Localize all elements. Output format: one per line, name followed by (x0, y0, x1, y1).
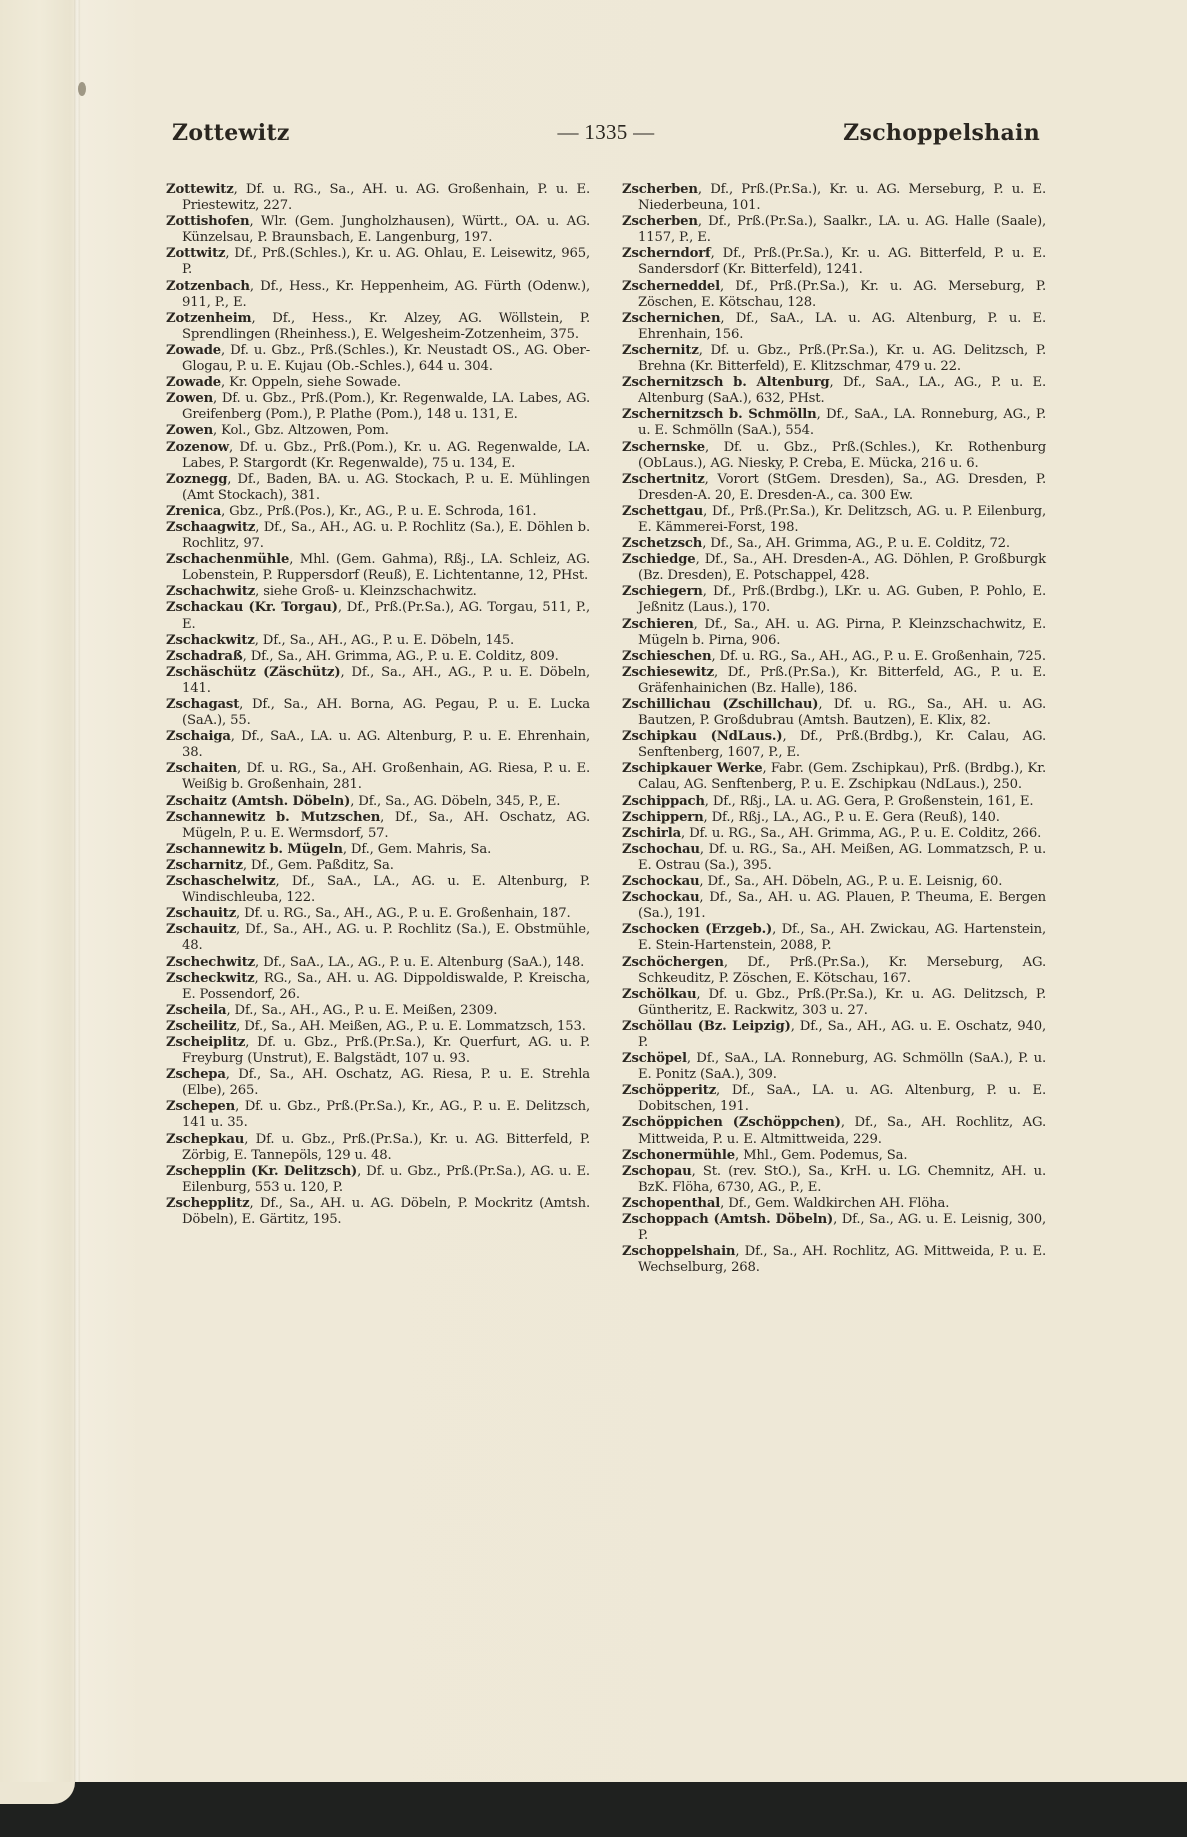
entry-description: , St. (rev. StO.), Sa., KrH. u. LG. Chem… (638, 1164, 1046, 1195)
gazetteer-entry: Zschopau, St. (rev. StO.), Sa., KrH. u. … (622, 1164, 1046, 1196)
entry-description: , Df. u. RG., Sa., AH. Meißen, AG. Lomma… (638, 842, 1046, 873)
entry-headword: Zschiedge (622, 552, 696, 567)
entry-description: , Df., Rßj., LA., AG., P. u. E. Gera (Re… (704, 810, 1000, 825)
gazetteer-entry: Zschagast, Df., Sa., AH. Borna, AG. Pega… (166, 697, 590, 729)
gazetteer-entry: Zscheilitz, Df., Sa., AH. Meißen, AG., P… (166, 1019, 590, 1035)
gazetteer-entry: Zowade, Kr. Oppeln, siehe Sowade. (166, 375, 590, 391)
entry-description: , Df., Prß.(Schles.), Kr. u. AG. Ohlau, … (182, 246, 590, 277)
entry-headword: Zschöllau (Bz. Leipzig) (622, 1019, 791, 1034)
scan-background (0, 1782, 1187, 1837)
entry-headword: Zschernske (622, 440, 705, 455)
gazetteer-entry: Zscharnitz, Df., Gem. Paßditz, Sa. (166, 858, 590, 874)
entry-headword: Zowen (166, 423, 213, 438)
entry-description: , Df. u. Gbz., Prß.(Pr.Sa.), Kr., AG., P… (182, 1099, 590, 1130)
entry-description: , Gbz., Prß.(Pos.), Kr., AG., P. u. E. S… (221, 504, 536, 519)
gazetteer-entry: Zscherndorf, Df., Prß.(Pr.Sa.), Kr. u. A… (622, 246, 1046, 278)
gazetteer-entry: Zowen, Df. u. Gbz., Prß.(Pom.), Kr. Rege… (166, 391, 590, 423)
page-header: Zottewitz — 1335 — Zschoppelshain (172, 120, 1040, 156)
gazetteer-entry: Zschepkau, Df. u. Gbz., Prß.(Pr.Sa.), Kr… (166, 1132, 590, 1164)
entry-description: , Df., Sa., AH., AG., P. u. E. Meißen, 2… (226, 1003, 497, 1018)
entry-headword: Zschepkau (166, 1132, 244, 1147)
entry-headword: Zschaiga (166, 729, 231, 744)
gazetteer-entry: Zschoppelshain, Df., Sa., AH. Rochlitz, … (622, 1244, 1046, 1276)
gazetteer-entry: Zschackau (Kr. Torgau), Df., Prß.(Pr.Sa.… (166, 600, 590, 632)
gazetteer-entry: Zschöppichen (Zschöppchen), Df., Sa., AH… (622, 1115, 1046, 1147)
entry-headword: Zottwitz (166, 246, 225, 261)
gazetteer-entry: Zschieschen, Df. u. RG., Sa., AH., AG., … (622, 649, 1046, 665)
gazetteer-entry: Zschaitz (Amtsh. Döbeln), Df., Sa., AG. … (166, 794, 590, 810)
entry-headword: Zschoppelshain (622, 1244, 735, 1259)
entry-headword: Zscherben (622, 182, 698, 197)
gazetteer-entry: Zottishofen, Wlr. (Gem. Jungholzhausen),… (166, 214, 590, 246)
gazetteer-entry: Zotzenbach, Df., Hess., Kr. Heppenheim, … (166, 279, 590, 311)
entry-description: , Df. u. Gbz., Prß.(Pr.Sa.), Kr. u. AG. … (638, 987, 1046, 1018)
entry-headword: Zschauitz (166, 906, 236, 921)
entry-headword: Zschaiten (166, 761, 237, 776)
entry-headword: Zschopenthal (622, 1196, 720, 1211)
gazetteer-entry: Zschernichen, Df., SaA., LA. u. AG. Alte… (622, 311, 1046, 343)
gazetteer-entry: Zschernitzsch b. Altenburg, Df., SaA., L… (622, 375, 1046, 407)
gazetteer-entry: Zowade, Df. u. Gbz., Prß.(Schles.), Kr. … (166, 343, 590, 375)
entry-description: , Df., SaA., LA. Ronneburg, AG. Schmölln… (638, 1051, 1046, 1082)
entry-headword: Zschechwitz (166, 955, 255, 970)
entry-description: , Df., Gem. Paßditz, Sa. (243, 858, 394, 873)
entry-headword: Zschaschelwitz (166, 874, 276, 889)
entry-headword: Zschöchergen (622, 955, 724, 970)
gazetteer-entry: Zscherben, Df., Prß.(Pr.Sa.), Kr. u. AG.… (622, 182, 1046, 214)
gazetteer-entry: Zschillichau (Zschillchau), Df. u. RG., … (622, 697, 1046, 729)
gazetteer-entry: Zschertnitz, Vorort (StGem. Dresden), Sa… (622, 472, 1046, 504)
gazetteer-entry: Zschipkau (NdLaus.), Df., Prß.(Brdbg.), … (622, 729, 1046, 761)
entry-headword: Zschachenmühle (166, 552, 289, 567)
entry-headword: Zschippach (622, 794, 705, 809)
entry-headword: Zrenica (166, 504, 221, 519)
entry-headword: Zschetzsch (622, 536, 702, 551)
right-running-head: Zschoppelshain (843, 120, 1040, 146)
entry-headword: Zschauitz (166, 922, 236, 937)
entry-headword: Zschaagwitz (166, 520, 255, 535)
gazetteer-entry: Zschöchergen, Df., Prß.(Pr.Sa.), Kr. Mer… (622, 955, 1046, 987)
entry-description: , Df., SaA., LA., AG., P. u. E. Altenbur… (255, 955, 584, 970)
entry-headword: Zoznegg (166, 472, 227, 487)
gazetteer-entry: Zschaiten, Df. u. RG., Sa., AH. Großenha… (166, 761, 590, 793)
entry-headword: Zowade (166, 375, 221, 390)
entry-headword: Zschöpperitz (622, 1083, 716, 1098)
gazetteer-entry: Zschepen, Df. u. Gbz., Prß.(Pr.Sa.), Kr.… (166, 1099, 590, 1131)
entry-description: , Df., Prß.(Pr.Sa.), Saalkr., LA. u. AG.… (638, 214, 1046, 245)
entry-headword: Zschepa (166, 1067, 226, 1082)
gazetteer-entry: Zschaschelwitz, Df., SaA., LA., AG. u. E… (166, 874, 590, 906)
entry-headword: Zschoppach (Amtsh. Döbeln) (622, 1212, 833, 1227)
entry-headword: Zotzenbach (166, 279, 250, 294)
entry-headword: Zschieren (622, 617, 694, 632)
gazetteer-entry: Zscherben, Df., Prß.(Pr.Sa.), Saalkr., L… (622, 214, 1046, 246)
gazetteer-entry: Zrenica, Gbz., Prß.(Pos.), Kr., AG., P. … (166, 504, 590, 520)
entry-description: , Df. u. RG., Sa., AH., AG., P. u. E. Gr… (236, 906, 571, 921)
entry-headword: Zschaitz (Amtsh. Döbeln) (166, 794, 350, 809)
entry-headword: Zscharnitz (166, 858, 243, 873)
entry-description: , Df., Sa., AH. Grimma, AG., P. u. E. Co… (702, 536, 1010, 551)
gazetteer-entry: Zschocken (Erzgeb.), Df., Sa., AH. Zwick… (622, 922, 1046, 954)
entry-description: , Df., SaA., LA. u. AG. Altenburg, P. u.… (182, 729, 590, 760)
entry-description: , Df. u. Gbz., Prß.(Pom.), Kr. Regenwald… (182, 391, 590, 422)
entry-description: , Kol., Gbz. Altzowen, Pom. (213, 423, 389, 438)
ink-blot (78, 82, 86, 96)
entry-headword: Zschachwitz (166, 584, 255, 599)
gazetteer-entry: Zschöllau (Bz. Leipzig), Df., Sa., AH., … (622, 1019, 1046, 1051)
entry-headword: Zschepplin (Kr. Delitzsch) (166, 1164, 357, 1179)
entry-headword: Zschocken (Erzgeb.) (622, 922, 772, 937)
left-column: Zottewitz, Df. u. RG., Sa., AH. u. AG. G… (166, 182, 590, 1228)
entry-description: , Df., Prß.(Pr.Sa.), Kr. u. AG. Mersebur… (638, 182, 1046, 213)
entry-description: , Df., Sa., AH., AG., P. u. E. Döbeln, 1… (255, 633, 514, 648)
entry-headword: Zschernitzsch b. Altenburg (622, 375, 829, 390)
gazetteer-entry: Zschipkauer Werke, Fabr. (Gem. Zschipkau… (622, 761, 1046, 793)
entry-headword: Zschirla (622, 826, 681, 841)
right-column: Zscherben, Df., Prß.(Pr.Sa.), Kr. u. AG.… (622, 182, 1046, 1276)
entry-headword: Zschockau (622, 874, 699, 889)
gazetteer-entry: Zschaiga, Df., SaA., LA. u. AG. Altenbur… (166, 729, 590, 761)
entry-description: , Df., Sa., AH. u. AG. Plauen, P. Theuma… (638, 890, 1046, 921)
page-fold (74, 0, 80, 1782)
entry-headword: Zschippern (622, 810, 704, 825)
gazetteer-entry: Zschippern, Df., Rßj., LA., AG., P. u. E… (622, 810, 1046, 826)
entry-headword: Zschöpel (622, 1051, 687, 1066)
entry-headword: Zscheiplitz (166, 1035, 245, 1050)
gazetteer-entry: Zscheila, Df., Sa., AH., AG., P. u. E. M… (166, 1003, 590, 1019)
entry-description: , Mhl., Gem. Podemus, Sa. (735, 1148, 907, 1163)
gazetteer-entry: Zschackwitz, Df., Sa., AH., AG., P. u. E… (166, 633, 590, 649)
gazetteer-entry: Zottewitz, Df. u. RG., Sa., AH. u. AG. G… (166, 182, 590, 214)
gazetteer-entry: Zschieren, Df., Sa., AH. u. AG. Pirna, P… (622, 617, 1046, 649)
gazetteer-entry: Zottwitz, Df., Prß.(Schles.), Kr. u. AG.… (166, 246, 590, 278)
entry-description: , Df., Gem. Mahris, Sa. (343, 842, 491, 857)
entry-headword: Zottishofen (166, 214, 249, 229)
gazetteer-entry: Zschernitz, Df. u. Gbz., Prß.(Pr.Sa.), K… (622, 343, 1046, 375)
gazetteer-entry: Zschannewitz b. Mügeln, Df., Gem. Mahris… (166, 842, 590, 858)
gazetteer-entry: Zschauitz, Df., Sa., AH., AG. u. P. Roch… (166, 922, 590, 954)
entry-headword: Zschackau (Kr. Torgau) (166, 600, 338, 615)
entry-headword: Zscherneddel (622, 279, 720, 294)
gazetteer-entry: Zschepa, Df., Sa., AH. Oschatz, AG. Ries… (166, 1067, 590, 1099)
gazetteer-entry: Zschoppach (Amtsh. Döbeln), Df., Sa., AG… (622, 1212, 1046, 1244)
entry-headword: Zscherndorf (622, 246, 711, 261)
entry-headword: Zschernichen (622, 311, 720, 326)
gazetteer-entry: Zscherneddel, Df., Prß.(Pr.Sa.), Kr. u. … (622, 279, 1046, 311)
entry-description: , Df. u. Gbz., Prß.(Pr.Sa.), Kr. u. AG. … (182, 1132, 590, 1163)
entry-headword: Zschertnitz (622, 472, 705, 487)
entry-headword: Zscheckwitz (166, 971, 255, 986)
gazetteer-entry: Zschiegern, Df., Prß.(Brdbg.), LKr. u. A… (622, 584, 1046, 616)
entry-headword: Zowen (166, 391, 213, 406)
gazetteer-entry: Zschochau, Df. u. RG., Sa., AH. Meißen, … (622, 842, 1046, 874)
entry-headword: Zschernitz (622, 343, 699, 358)
entry-description: , Df., Baden, BA. u. AG. Stockach, P. u.… (182, 472, 590, 503)
gazetteer-entry: Zschiesewitz, Df., Prß.(Pr.Sa.), Kr. Bit… (622, 665, 1046, 697)
book-page: Zottewitz — 1335 — Zschoppelshain Zottew… (0, 0, 1187, 1782)
entry-description: , Df., Sa., AH. Meißen, AG., P. u. E. Lo… (236, 1019, 586, 1034)
entry-description: , siehe Groß- u. Kleinzschachwitz. (255, 584, 477, 599)
gazetteer-entry: Zschernitzsch b. Schmölln, Df., SaA., LA… (622, 407, 1046, 439)
gazetteer-entry: Zschöpel, Df., SaA., LA. Ronneburg, AG. … (622, 1051, 1046, 1083)
entry-headword: Zozenow (166, 440, 229, 455)
gazetteer-entry: Zschettgau, Df., Prß.(Pr.Sa.), Kr. Delit… (622, 504, 1046, 536)
entry-headword: Zschiesewitz (622, 665, 714, 680)
gazetteer-entry: Zschepplitz, Df., Sa., AH. u. AG. Döbeln… (166, 1196, 590, 1228)
entry-headword: Zschillichau (Zschillchau) (622, 697, 818, 712)
gazetteer-entry: Zschadraß, Df., Sa., AH. Grimma, AG., P.… (166, 649, 590, 665)
entry-headword: Zschieschen (622, 649, 711, 664)
entry-description: , Df. u. Gbz., Prß.(Schles.), Kr. Neusta… (182, 343, 590, 374)
entry-description: , Df. u. RG., Sa., AH. Großenhain, AG. R… (182, 761, 590, 792)
gazetteer-entry: Zschetzsch, Df., Sa., AH. Grimma, AG., P… (622, 536, 1046, 552)
entry-description: , Df., Sa., AH. Oschatz, AG. Riesa, P. u… (182, 1067, 590, 1098)
gazetteer-entry: Zschopenthal, Df., Gem. Waldkirchen AH. … (622, 1196, 1046, 1212)
entry-headword: Zschipkau (NdLaus.) (622, 729, 782, 744)
entry-headword: Zschöppichen (Zschöppchen) (622, 1115, 841, 1130)
gazetteer-entry: Zoznegg, Df., Baden, BA. u. AG. Stockach… (166, 472, 590, 504)
entry-description: , Kr. Oppeln, siehe Sowade. (221, 375, 401, 390)
entry-headword: Zschäschütz (Zäschütz) (166, 665, 340, 680)
gazetteer-entry: Zschockau, Df., Sa., AH. Döbeln, AG., P.… (622, 874, 1046, 890)
entry-description: , Df., Gem. Waldkirchen AH. Flöha. (720, 1196, 949, 1211)
entry-headword: Zschadraß (166, 649, 243, 664)
gazetteer-entry: Zschannewitz b. Mutzschen, Df., Sa., AH.… (166, 810, 590, 842)
entry-headword: Zschipkauer Werke (622, 761, 762, 776)
gazetteer-entry: Zschechwitz, Df., SaA., LA., AG., P. u. … (166, 955, 590, 971)
entry-headword: Zschiegern (622, 584, 703, 599)
entry-headword: Zowade (166, 343, 221, 358)
gazetteer-entry: Zscheiplitz, Df. u. Gbz., Prß.(Pr.Sa.), … (166, 1035, 590, 1067)
entry-headword: Zschannewitz b. Mügeln (166, 842, 343, 857)
gazetteer-entry: Zozenow, Df. u. Gbz., Prß.(Pom.), Kr. u.… (166, 440, 590, 472)
gazetteer-entry: Zschauitz, Df. u. RG., Sa., AH., AG., P.… (166, 906, 590, 922)
entry-description: , Df. u. Gbz., Prß.(Pr.Sa.), Kr. u. AG. … (638, 343, 1046, 374)
entry-description: , Df., Sa., AH. Grimma, AG., P. u. E. Co… (243, 649, 559, 664)
entry-headword: Zscheila (166, 1003, 226, 1018)
entry-headword: Zscheilitz (166, 1019, 236, 1034)
gazetteer-entry: Zschepplin (Kr. Delitzsch), Df. u. Gbz.,… (166, 1164, 590, 1196)
gazetteer-entry: Zschachwitz, siehe Groß- u. Kleinzschach… (166, 584, 590, 600)
gazetteer-entry: Zschachenmühle, Mhl. (Gem. Gahma), Rßj.,… (166, 552, 590, 584)
gazetteer-entry: Zschirla, Df. u. RG., Sa., AH. Grimma, A… (622, 826, 1046, 842)
entry-headword: Zschochau (622, 842, 700, 857)
entry-description: , Df. u. RG., Sa., AH. u. AG. Großenhain… (182, 182, 590, 213)
entry-headword: Zschopau (622, 1164, 692, 1179)
gazetteer-entry: Zschiedge, Df., Sa., AH. Dresden-A., AG.… (622, 552, 1046, 584)
gazetteer-entry: Zowen, Kol., Gbz. Altzowen, Pom. (166, 423, 590, 439)
entry-headword: Zschölkau (622, 987, 696, 1002)
gazetteer-entry: Zschonermühle, Mhl., Gem. Podemus, Sa. (622, 1148, 1046, 1164)
entry-headword: Zschernitzsch b. Schmölln (622, 407, 817, 422)
entry-headword: Zschannewitz b. Mutzschen (166, 810, 380, 825)
entry-description: , Df., Sa., AH. u. AG. Pirna, P. Kleinzs… (638, 617, 1046, 648)
gazetteer-entry: Zscheckwitz, RG., Sa., AH. u. AG. Dippol… (166, 971, 590, 1003)
gazetteer-entry: Zschäschütz (Zäschütz), Df., Sa., AH., A… (166, 665, 590, 697)
gazetteer-entry: Zschernske, Df. u. Gbz., Prß.(Schles.), … (622, 440, 1046, 472)
entry-description: , Df., Sa., AH. Borna, AG. Pegau, P. u. … (182, 697, 590, 728)
entry-description: , Df., Sa., AH. Dresden-A., AG. Döhlen, … (638, 552, 1046, 583)
gazetteer-entry: Zschaagwitz, Df., Sa., AH., AG. u. P. Ro… (166, 520, 590, 552)
entry-headword: Zschepen (166, 1099, 235, 1114)
entry-headword: Zschonermühle (622, 1148, 735, 1163)
entry-headword: Zschagast (166, 697, 239, 712)
entry-headword: Zschepplitz (166, 1196, 249, 1211)
entry-headword: Zotzenheim (166, 311, 251, 326)
entry-description: , Df., Sa., AG. Döbeln, 345, P., E. (350, 794, 560, 809)
entry-description: , Df., Sa., AH. Döbeln, AG., P. u. E. Le… (699, 874, 1002, 889)
entry-headword: Zschettgau (622, 504, 703, 519)
entry-headword: Zscherben (622, 214, 698, 229)
entry-headword: Zschockau (622, 890, 699, 905)
gazetteer-entry: Zschölkau, Df. u. Gbz., Prß.(Pr.Sa.), Kr… (622, 987, 1046, 1019)
entry-headword: Zottewitz (166, 182, 234, 197)
entry-description: , Df. u. RG., Sa., AH., AG., P. u. E. Gr… (711, 649, 1046, 664)
gazetteer-entry: Zschippach, Df., Rßj., LA. u. AG. Gera, … (622, 794, 1046, 810)
entry-description: , Df., Sa., AH., AG. u. P. Rochlitz (Sa.… (182, 922, 590, 953)
entry-description: , Df. u. Gbz., Prß.(Pom.), Kr. u. AG. Re… (182, 440, 590, 471)
gazetteer-entry: Zschöpperitz, Df., SaA., LA. u. AG. Alte… (622, 1083, 1046, 1115)
entry-headword: Zschackwitz (166, 633, 255, 648)
entry-description: , Df., Rßj., LA. u. AG. Gera, P. Großens… (705, 794, 1034, 809)
gazetteer-entry: Zschockau, Df., Sa., AH. u. AG. Plauen, … (622, 890, 1046, 922)
gazetteer-entry: Zotzenheim, Df., Hess., Kr. Alzey, AG. W… (166, 311, 590, 343)
entry-description: , Df. u. RG., Sa., AH. Grimma, AG., P. u… (681, 826, 1041, 841)
